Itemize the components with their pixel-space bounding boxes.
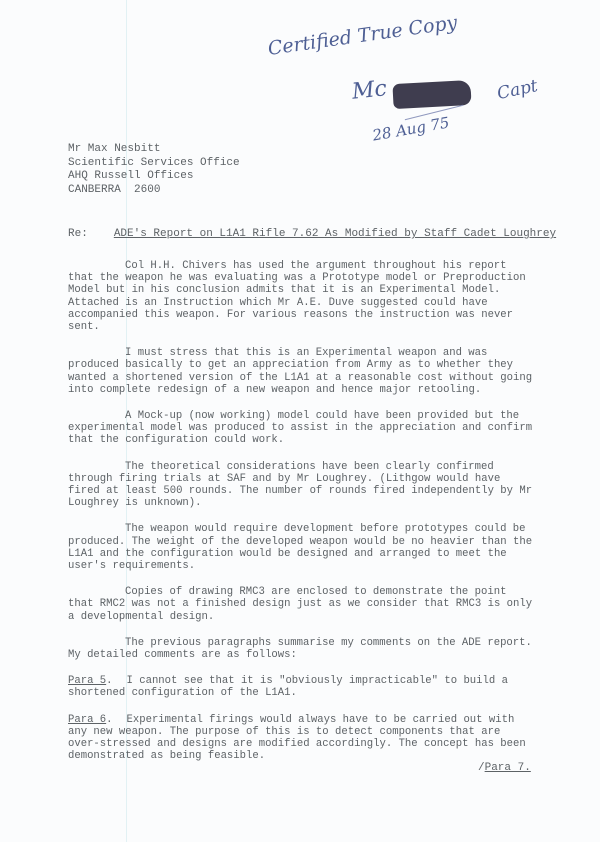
detailed-comment-para-6: Para 6.Experimental firings would always…: [68, 714, 538, 763]
document-page: Certified True Copy Mc Capt 28 Aug 75 Mr…: [0, 0, 600, 842]
letter-body: Col H.H. Chivers has used the argument t…: [68, 260, 538, 777]
address-line: CANBERRA 2600: [68, 184, 240, 198]
address-line: Scientific Services Office: [68, 157, 240, 171]
paragraph: The previous paragraphs summarise my com…: [68, 637, 538, 661]
continuation-marker: /Para 7.: [478, 762, 531, 774]
comment-text: I cannot see that it is "obviously impra…: [68, 675, 508, 699]
address-line: Mr Max Nesbitt: [68, 143, 240, 157]
recipient-address: Mr Max Nesbitt Scientific Services Offic…: [68, 143, 240, 197]
subject-line: Re:ADE's Report on L1A1 Rifle 7.62 As Mo…: [68, 228, 556, 240]
paragraph: I must stress that this is an Experiment…: [68, 347, 538, 396]
comment-ref: Para 5: [68, 675, 106, 687]
detailed-comment-para-5: Para 5.I cannot see that it is "obviousl…: [68, 675, 538, 699]
certified-true-copy-annotation: Certified True Copy: [266, 12, 458, 60]
subject-text: ADE's Report on L1A1 Rifle 7.62 As Modif…: [114, 228, 556, 240]
comment-text: Experimental firings would always have t…: [68, 714, 526, 763]
comment-ref: Para 6: [68, 714, 106, 726]
signature-rank: Capt: [495, 76, 539, 104]
paragraph: Copies of drawing RMC3 are enclosed to d…: [68, 586, 538, 623]
signature-initials: Mc: [351, 76, 388, 105]
subject-label: Re:: [68, 228, 88, 240]
continuation-text: Para 7.: [485, 762, 531, 774]
paragraph: The weapon would require development bef…: [68, 523, 538, 572]
paragraph: Col H.H. Chivers has used the argument t…: [68, 260, 538, 333]
paragraph: The theoretical considerations have been…: [68, 461, 538, 510]
continuation-prefix: /: [478, 762, 485, 774]
paragraph: A Mock-up (now working) model could have…: [68, 410, 538, 447]
address-line: AHQ Russell Offices: [68, 170, 240, 184]
